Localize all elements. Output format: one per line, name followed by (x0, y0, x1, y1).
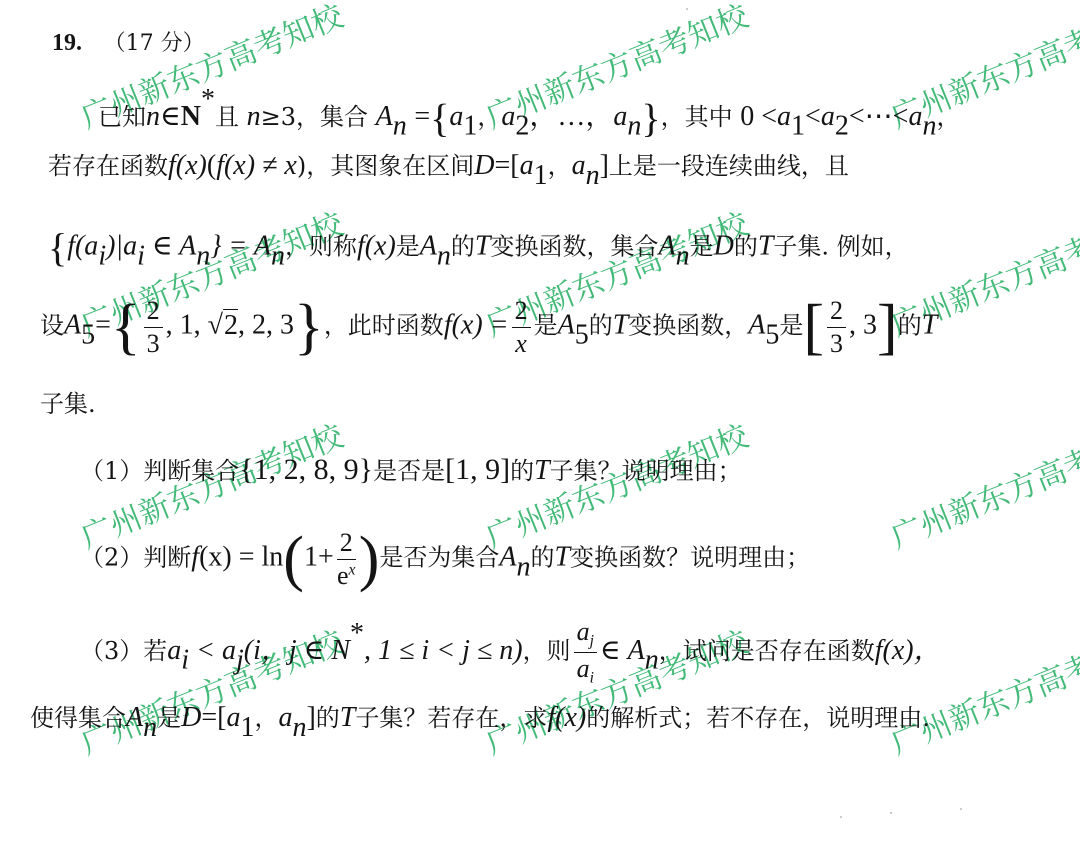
stem-line-4: 设A5={23, 1, √2, 2, 3}，此时函数f(x) =2x是A5的T变… (40, 296, 937, 358)
question-number: 19. (52, 30, 82, 56)
fraction: 2x (512, 297, 531, 357)
scan-speck (686, 8, 688, 10)
stem-line-2: 若存在函数f(x)(f(x) ≠ x)，其图象在区间D=[a1，an]上是一段连… (48, 152, 849, 190)
fraction: ajai (574, 618, 597, 687)
part-3: （3）若ai < aj(i，j ∈ N*, 1 ≤ i < j ≤ n)，则aj… (80, 618, 942, 687)
stem-line-1: 已知n∈N*且 n≥3，集合 An ={a1，a2，…，an}，其中 0 <a1… (98, 86, 960, 141)
part-label: （3） (80, 637, 143, 665)
part-3-continued: 使得集合An是D=[a1，an]的T子集？若存在，求f(x)的解析式；若不存在，… (30, 704, 930, 742)
part-1: （1）判断集合{1, 2, 8, 9}是否是[1, 9]的T子集？说明理由； (80, 455, 742, 485)
fraction: 23 (827, 297, 846, 357)
watermark: 广州新东方高考知校 (883, 411, 1080, 557)
question-header: 19. （17 分） (52, 30, 205, 55)
part-label: （2） (80, 544, 143, 572)
part-label: （1） (80, 457, 143, 485)
question-points: （17 分） (104, 31, 205, 56)
scan-speck (960, 808, 962, 810)
part-2: （2）判断f(x) = ln(1+2ex)是否为集合An的T变换函数？说明理由； (80, 528, 810, 590)
scan-speck (840, 816, 842, 818)
stem-line-3: {f(ai)|ai ∈ An} = An，则称f(x)是An的T变换函数，集合A… (48, 228, 909, 270)
stem-line-5: 子集. (40, 392, 96, 416)
fraction: 2ex (337, 529, 356, 589)
scan-speck (890, 812, 892, 814)
fraction: 23 (144, 297, 163, 357)
